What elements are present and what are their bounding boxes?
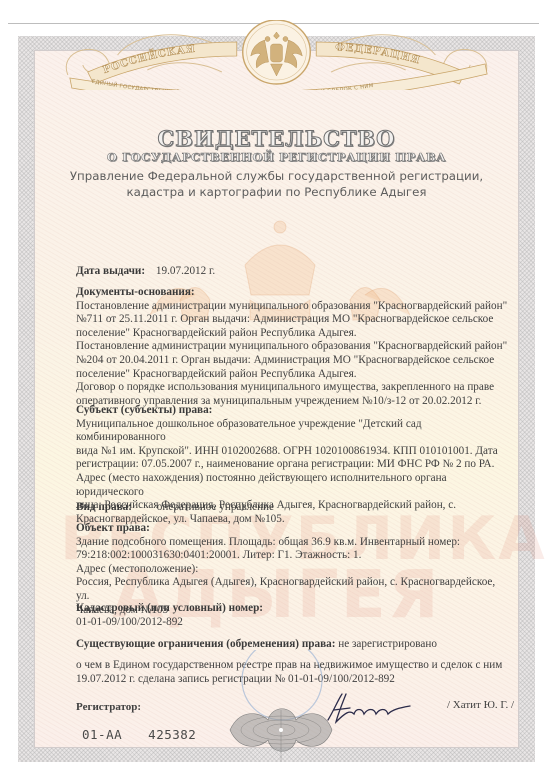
signature-icon xyxy=(320,690,420,726)
basis-line: Постановление администрации муниципально… xyxy=(76,340,508,354)
object-label: Объект права: xyxy=(76,522,508,536)
object-line: Здание подсобного помещения. Площадь: об… xyxy=(76,536,508,550)
right-type-label: Вид права: xyxy=(76,501,132,513)
agency-line-1: Управление Федеральной службы государств… xyxy=(0,168,553,184)
subject-line: Адрес (место нахождения) постоянно дейст… xyxy=(76,472,508,499)
certificate-title: СВИДЕТЕЛЬСТВО xyxy=(0,126,553,151)
basis-line: Постановление администрации муниципально… xyxy=(76,300,508,314)
basis-documents-section: Документы-основания: Постановление админ… xyxy=(76,286,508,408)
issuing-agency: Управление Федеральной службы государств… xyxy=(0,168,553,200)
object-line: 79:218:002:100031630:0401:20001. Литер: … xyxy=(76,549,508,563)
restrictions-value: не зарегистрировано xyxy=(338,638,437,650)
svg-text:ЕДИНЫЙ ГОСУДАРСТВЕННЫЙ РЕЕСТР: ЕДИНЫЙ ГОСУДАРСТВЕННЫЙ РЕЕСТР ПРАВ НА НЕ… xyxy=(91,79,374,90)
basis-line: Договор о порядке использования муниципа… xyxy=(76,381,508,395)
registrar-name: / Хатит Ю. Г. / xyxy=(447,699,514,711)
subject-line: регистрации: 07.05.2007 г., наименование… xyxy=(76,458,508,472)
cadastral-value: 01-01-09/100/2012-892 xyxy=(76,616,508,630)
basis-documents-label: Документы-основания: xyxy=(76,286,508,300)
basis-line: поселение" Красногвардейский район Респу… xyxy=(76,327,508,341)
restrictions-label: Существующие ограничения (обременения) п… xyxy=(76,638,335,650)
basis-line: №711 от 25.11.2011 г. Орган выдачи: Адми… xyxy=(76,313,508,327)
header-ribbon: РОССИЙСКАЯ ФЕДЕРАЦИЯ ЕДИНЫЙ ГОСУДАРСТВЕН… xyxy=(48,20,505,90)
cadastral-label: Кадастровый (или условный) номер: xyxy=(76,602,508,616)
serial-number: 01-АА 425382 xyxy=(82,727,214,742)
object-line: Адрес (местоположение): xyxy=(76,563,508,577)
serial-series: 01-АА xyxy=(82,727,122,742)
right-type-row: Вид права: оперативное управление xyxy=(76,501,508,515)
subject-line: Муниципальное дошкольное образовательное… xyxy=(76,418,508,445)
serial-number-value: 425382 xyxy=(148,727,196,742)
object-line: Россия, Республика Адыгея (Адыгея), Крас… xyxy=(76,576,508,603)
right-type-value: оперативное управление xyxy=(157,501,274,513)
basis-line: №204 от 20.04.2011 г. Орган выдачи: Адми… xyxy=(76,354,508,368)
cadastral-section: Кадастровый (или условный) номер: 01-01-… xyxy=(76,602,508,629)
subject-line: вида №1 им. Крупской". ИНН 0102002688. О… xyxy=(76,445,508,459)
certificate-subtitle: О ГОСУДАРСТВЕННОЙ РЕГИСТРАЦИИ ПРАВА xyxy=(0,150,553,164)
issue-date-value: 19.07.2012 г. xyxy=(156,265,215,277)
basis-line: поселение" Красногвардейский район Респу… xyxy=(76,368,508,382)
registrar-label: Регистратор: xyxy=(76,701,141,713)
issue-date-label: Дата выдачи: xyxy=(76,265,145,277)
issue-date-row: Дата выдачи: 19.07.2012 г. xyxy=(76,265,508,279)
agency-line-2: кадастра и картографии по Республике Ады… xyxy=(0,184,553,200)
subject-label: Субъект (субъекты) права: xyxy=(76,404,508,418)
